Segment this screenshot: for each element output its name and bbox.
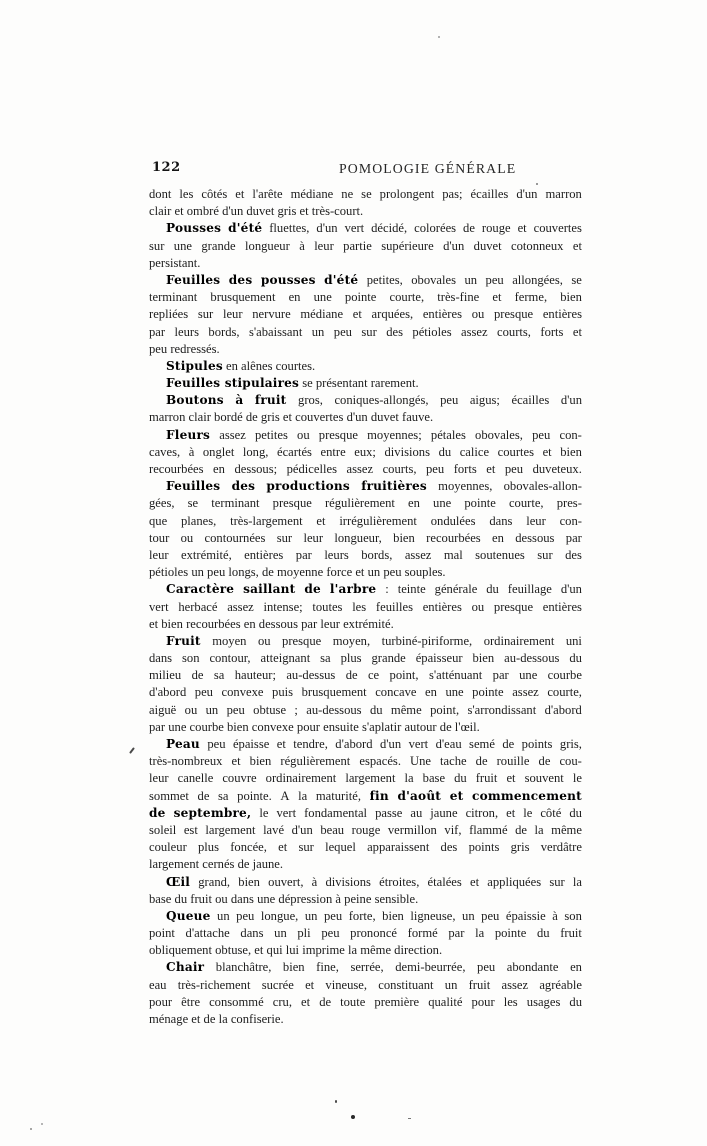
page-body: dontlescôtésetl'arêtemédianeneseprolonge… bbox=[149, 186, 582, 1028]
text-line: clair et ombré d'un duvet gris et très-c… bbox=[149, 203, 582, 220]
text-line: base du fruit ou dans une dépression à p… bbox=[149, 891, 582, 908]
paragraph: Caractèresaillantdel'arbre:teintegénéral… bbox=[149, 581, 582, 633]
paragraph: Peaupeuépaisseettendre,d'abordd'unvertd'… bbox=[149, 736, 582, 874]
text-line: touroucontournéessurleurlongueur,bienrec… bbox=[149, 530, 582, 547]
text-line: Caractèresaillantdel'arbre:teintegénéral… bbox=[149, 581, 582, 598]
text-line: ménage et de la confiserie. bbox=[149, 1011, 582, 1028]
ink-speck bbox=[30, 1128, 32, 1130]
text-line: eautrès-richementsucréeetvineuse,constit… bbox=[149, 977, 582, 994]
text-line: obliquement obtuse, et qui lui imprime l… bbox=[149, 942, 582, 959]
text-line: Boutonsàfruitgros,coniques-allongés,peua… bbox=[149, 392, 582, 409]
paragraph: Stipules en alênes courtes. bbox=[149, 358, 582, 375]
text-line: peu redressés. bbox=[149, 341, 582, 358]
ink-speck bbox=[129, 747, 135, 754]
text-line: leurcanellecouvreordinairementlargementl… bbox=[149, 770, 582, 787]
text-line: Stipules en alênes courtes. bbox=[149, 358, 582, 375]
text-line: pointd'attachedansunplipeuprononcéformép… bbox=[149, 925, 582, 942]
paragraph: Boutonsàfruitgros,coniques-allongés,peua… bbox=[149, 392, 582, 426]
text-line: aiguëouunpeuobtuse;au-dessousdumêmepoint… bbox=[149, 702, 582, 719]
ink-speck bbox=[438, 36, 440, 38]
paragraph: Feuilles stipulaires se présentant rarem… bbox=[149, 375, 582, 392]
text-line: Fruitmoyenoupresquemoyen,turbiné-pirifor… bbox=[149, 633, 582, 650]
text-line: terminantbrusquementenunepointecourte,tr… bbox=[149, 289, 582, 306]
text-line: couleurplusfoncée,etsurlequelapparaissen… bbox=[149, 839, 582, 856]
text-line: pourêtreconsommécru,etdetoutepremièrequa… bbox=[149, 994, 582, 1011]
book-page: 122 POMOLOGIE GÉNÉRALE dontlescôtésetl'a… bbox=[0, 0, 707, 1146]
text-line: Fleursassezpetitesoupresquemoyennes;péta… bbox=[149, 427, 582, 444]
text-line: leurextrémité,entièresparleursbords,asse… bbox=[149, 547, 582, 564]
ink-speck bbox=[41, 1123, 43, 1125]
text-line: Chairblanchâtre,bienfine,serrée,demi-beu… bbox=[149, 959, 582, 976]
text-line: très-nombreuxetbienrégulièrementespacés.… bbox=[149, 753, 582, 770]
text-line: Poussesd'étéfluettes,d'unvertdécidé,colo… bbox=[149, 220, 582, 237]
text-line: soleilestlargementlavéd'unbeaurougevermi… bbox=[149, 822, 582, 839]
paragraph: Fruitmoyenoupresquemoyen,turbiné-pirifor… bbox=[149, 633, 582, 736]
text-line: milieudesahauteur;au-dessusdecepoint,s'a… bbox=[149, 667, 582, 684]
ink-speck bbox=[536, 183, 538, 185]
text-line: par une courbe bien convexe pour ensuite… bbox=[149, 719, 582, 736]
paragraph: Poussesd'étéfluettes,d'unvertdécidé,colo… bbox=[149, 220, 582, 272]
text-line: queplanes,très-largementetirrégulièremen… bbox=[149, 513, 582, 530]
text-line: deseptembre,levertfondamentalpasseaujaun… bbox=[149, 805, 582, 822]
paragraph: Œilgrand,bienouvert,àdivisionsétroites,é… bbox=[149, 874, 582, 908]
text-line: Peaupeuépaisseettendre,d'abordd'unvertd'… bbox=[149, 736, 582, 753]
text-line: repliéessurleurnervuremédianeetarquées,e… bbox=[149, 306, 582, 323]
page-number: 122 bbox=[152, 160, 181, 175]
paragraph: Feuillesdespoussesd'étépetites,obovalesu… bbox=[149, 272, 582, 358]
paragraph: Feuillesdesproductionsfruitièresmoyennes… bbox=[149, 478, 582, 581]
paragraph: Queueunpeulongue,unpeuforte,bienligneuse… bbox=[149, 908, 582, 960]
ink-speck bbox=[408, 1118, 411, 1119]
text-line: danssoncontour,atteignantsaplusgrandeépa… bbox=[149, 650, 582, 667]
text-line: surunegrandelongueuràleurpartiesupérieur… bbox=[149, 238, 582, 255]
text-line: gées,seterminantpresquerégulièrementenun… bbox=[149, 495, 582, 512]
text-line: sommetdesapointe.Alamaturité,find'aoûtet… bbox=[149, 788, 582, 805]
text-line: recourbéesendessous;pédicellesassezcourt… bbox=[149, 461, 582, 478]
text-line: Queueunpeulongue,unpeuforte,bienligneuse… bbox=[149, 908, 582, 925]
text-line: marron clair bordé de gris et couvertes … bbox=[149, 409, 582, 426]
text-line: Feuilles stipulaires se présentant rarem… bbox=[149, 375, 582, 392]
text-line: Œilgrand,bienouvert,àdivisionsétroites,é… bbox=[149, 874, 582, 891]
text-line: dontlescôtésetl'arêtemédianeneseprolonge… bbox=[149, 186, 582, 203]
text-line: Feuillesdespoussesd'étépetites,obovalesu… bbox=[149, 272, 582, 289]
text-line: d'abordpeuconvexepuisbrusquementconcavee… bbox=[149, 684, 582, 701]
running-title: POMOLOGIE GÉNÉRALE bbox=[339, 161, 516, 177]
ink-speck bbox=[335, 1100, 337, 1103]
text-line: persistant. bbox=[149, 255, 582, 272]
text-line: vertherbacéassezintense;touteslesfeuille… bbox=[149, 599, 582, 616]
text-line: parleursbords,s'abaissantunpeusurdespéti… bbox=[149, 324, 582, 341]
text-line: largement cernés de jaune. bbox=[149, 856, 582, 873]
paragraph: Chairblanchâtre,bienfine,serrée,demi-beu… bbox=[149, 959, 582, 1028]
text-line: et bien recourbées en dessous par leur e… bbox=[149, 616, 582, 633]
text-line: pétioles un peu longs, de moyenne force … bbox=[149, 564, 582, 581]
page-header: 122 POMOLOGIE GÉNÉRALE bbox=[0, 159, 707, 181]
text-line: Feuillesdesproductionsfruitièresmoyennes… bbox=[149, 478, 582, 495]
paragraph: dontlescôtésetl'arêtemédianeneseprolonge… bbox=[149, 186, 582, 220]
paragraph: Fleursassezpetitesoupresquemoyennes;péta… bbox=[149, 427, 582, 479]
ink-speck bbox=[351, 1115, 355, 1119]
text-line: caves,àongletlong,écartésentreeux;divisi… bbox=[149, 444, 582, 461]
